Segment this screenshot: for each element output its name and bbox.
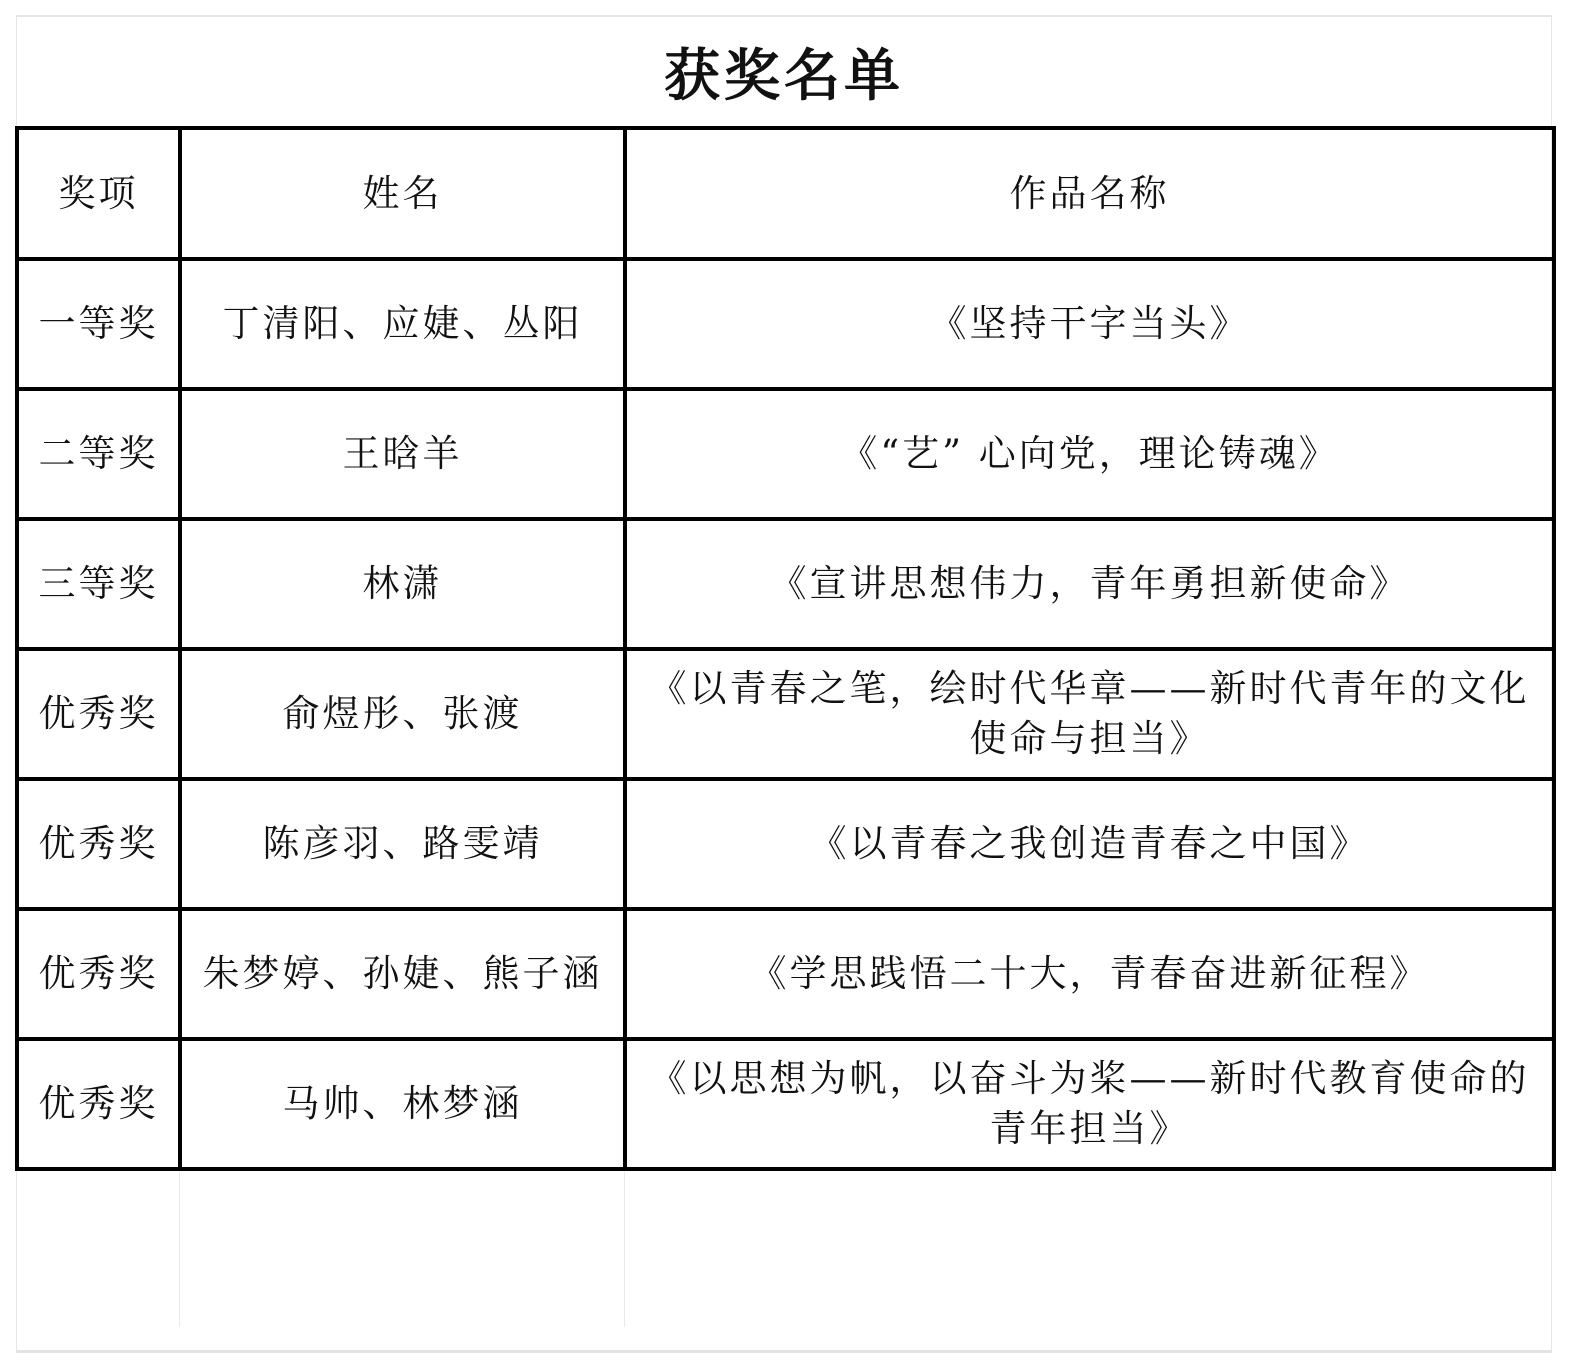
header-names: 姓名	[180, 128, 625, 259]
names-cell: 王晗羊	[180, 389, 625, 519]
page-title: 获奖名单	[16, 17, 1552, 127]
award-cell: 优秀奖	[17, 779, 180, 909]
table-row: 二等奖 王晗羊 《“艺” 心向党，理论铸魂》	[17, 389, 1554, 519]
work-cell: 《学思践悟二十大，青春奋进新征程》	[625, 909, 1554, 1039]
work-cell: 《以青春之笔，绘时代华章——新时代青年的文化使命与担当》	[625, 649, 1554, 779]
work-cell: 《以思想为帆，以奋斗为桨——新时代教育使命的青年担当》	[625, 1039, 1554, 1169]
names-cell: 马帅、林梦涵	[180, 1039, 625, 1169]
work-cell: 《宣讲思想伟力，青年勇担新使命》	[625, 519, 1554, 649]
table-row: 优秀奖 朱梦婷、孙婕、熊子涵 《学思践悟二十大，青春奋进新征程》	[17, 909, 1554, 1039]
names-cell: 俞煜彤、张渡	[180, 649, 625, 779]
award-cell: 一等奖	[17, 259, 180, 389]
gridline	[624, 1172, 625, 1327]
table-row: 一等奖 丁清阳、应婕、丛阳 《坚持干字当头》	[17, 259, 1554, 389]
table-header-row: 奖项 姓名 作品名称	[17, 128, 1554, 259]
award-cell: 三等奖	[17, 519, 180, 649]
table-row: 优秀奖 俞煜彤、张渡 《以青春之笔，绘时代华章——新时代青年的文化使命与担当》	[17, 649, 1554, 779]
award-cell: 优秀奖	[17, 909, 180, 1039]
names-cell: 朱梦婷、孙婕、熊子涵	[180, 909, 625, 1039]
award-cell: 优秀奖	[17, 649, 180, 779]
work-cell: 《坚持干字当头》	[625, 259, 1554, 389]
names-cell: 林潇	[180, 519, 625, 649]
table-row: 三等奖 林潇 《宣讲思想伟力，青年勇担新使命》	[17, 519, 1554, 649]
award-cell: 优秀奖	[17, 1039, 180, 1169]
work-cell: 《“艺” 心向党，理论铸魂》	[625, 389, 1554, 519]
table-row: 优秀奖 马帅、林梦涵 《以思想为帆，以奋斗为桨——新时代教育使命的青年担当》	[17, 1039, 1554, 1169]
awards-table: 奖项 姓名 作品名称 一等奖 丁清阳、应婕、丛阳 《坚持干字当头》 二等奖 王晗…	[15, 126, 1556, 1171]
table-row: 优秀奖 陈彦羽、路雯靖 《以青春之我创造青春之中国》	[17, 779, 1554, 909]
names-cell: 丁清阳、应婕、丛阳	[180, 259, 625, 389]
header-work: 作品名称	[625, 128, 1554, 259]
header-award: 奖项	[17, 128, 180, 259]
gridline	[179, 1172, 180, 1327]
work-cell: 《以青春之我创造青春之中国》	[625, 779, 1554, 909]
names-cell: 陈彦羽、路雯靖	[180, 779, 625, 909]
award-cell: 二等奖	[17, 389, 180, 519]
